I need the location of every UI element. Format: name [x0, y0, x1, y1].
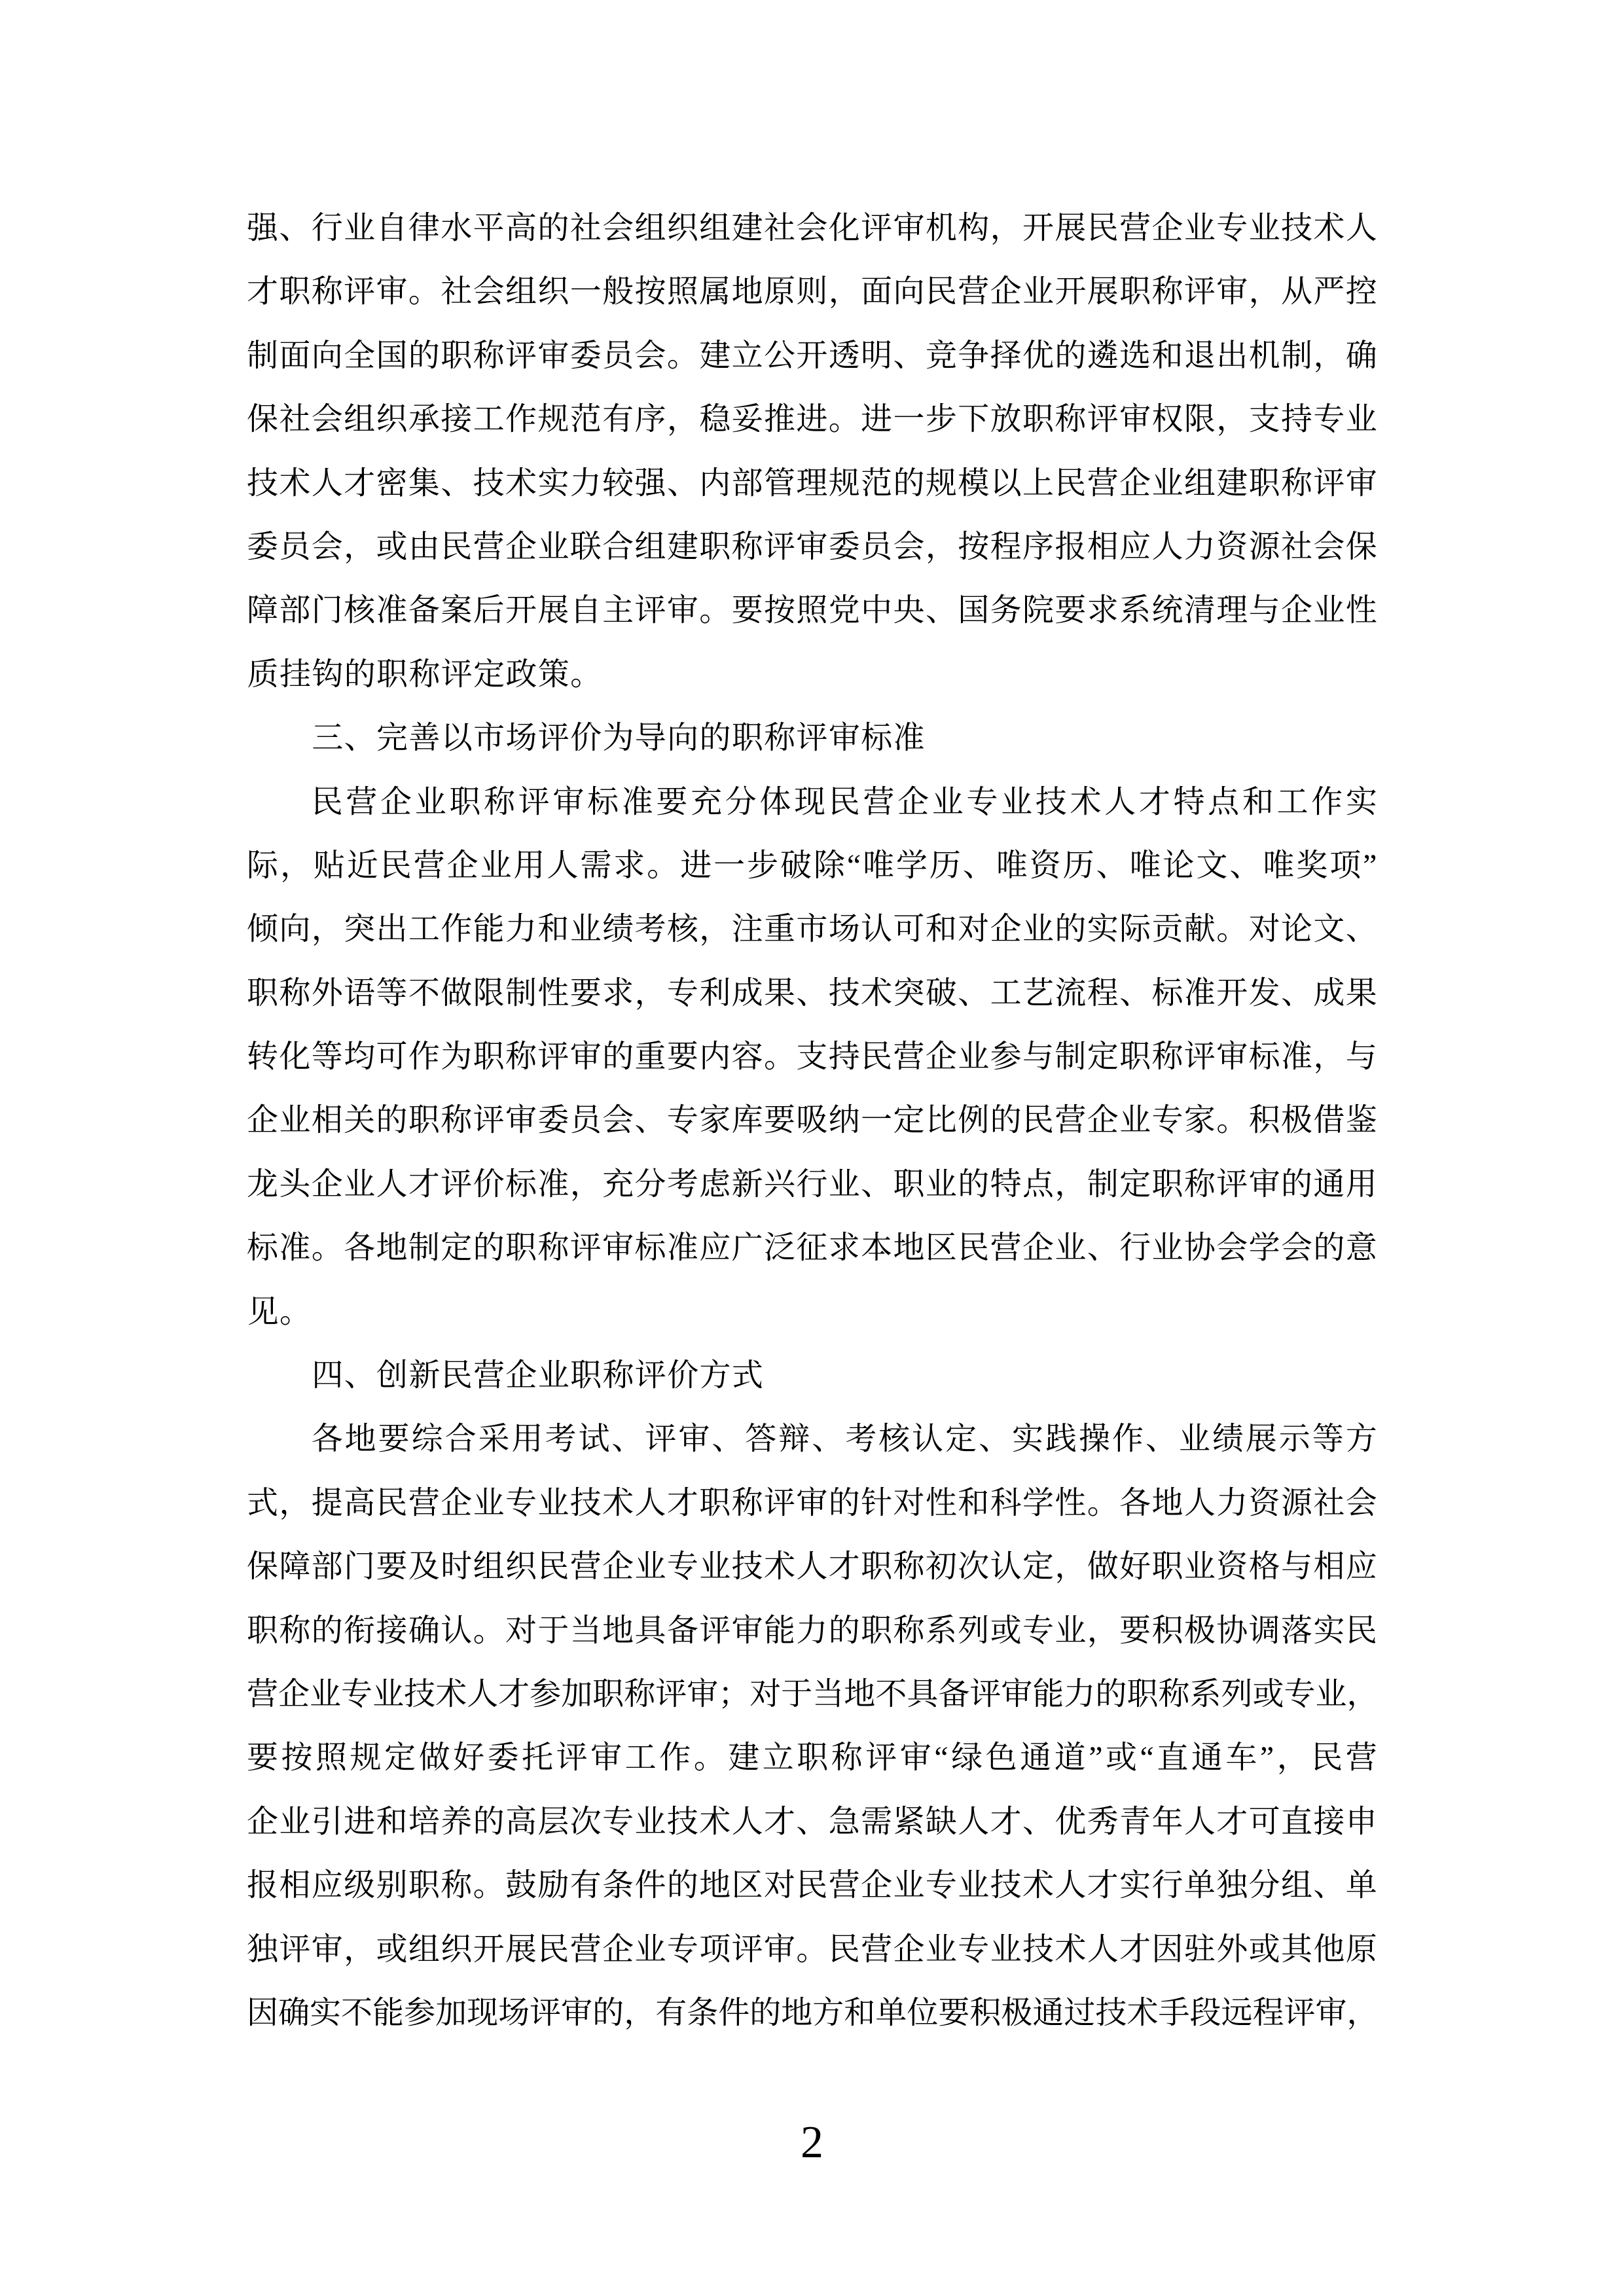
text-line: 式，提高民营企业专业技术人才职称评审的针对性和科学性。各地人力资源社会: [247, 1471, 1377, 1535]
text-line: 委员会，或由民营企业联合组建职称评审委员会，按程序报相应人力资源社会保: [247, 515, 1377, 579]
text-line: 因确实不能参加现场评审的，有条件的地方和单位要积极通过技术手段远程评审，: [247, 1981, 1377, 2045]
text-line: 保社会组织承接工作规范有序，稳妥推进。进一步下放职称评审权限，支持专业: [247, 387, 1377, 451]
text-line: 障部门核准备案后开展自主评审。要按照党中央、国务院要求系统清理与企业性: [247, 579, 1377, 642]
text-block: 强、行业自律水平高的社会组织组建社会化评审机构，开展民营企业专业技术人才职称评审…: [247, 196, 1377, 2045]
text-line: 职称的衔接确认。对于当地具备评审能力的职称系列或专业，要积极协调落实民: [247, 1599, 1377, 1662]
text-line: 见。: [247, 1280, 1377, 1344]
text-line: 际，贴近民营企业用人需求。进一步破除“唯学历、唯资历、唯论文、唯奖项”: [247, 834, 1377, 897]
page-footer: 2: [247, 2113, 1377, 2173]
text-line: 强、行业自律水平高的社会组织组建社会化评审机构，开展民营企业专业技术人: [247, 196, 1377, 260]
document-page: 强、行业自律水平高的社会组织组建社会化评审机构，开展民营企业专业技术人才职称评审…: [0, 0, 1624, 2296]
text-line: 倾向，突出工作能力和业绩考核，注重市场认可和对企业的实际贡献。对论文、: [247, 897, 1377, 961]
text-line: 龙头企业人才评价标准，充分考虑新兴行业、职业的特点，制定职称评审的通用: [247, 1153, 1377, 1216]
section-heading: 四、创新民营企业职称评价方式: [247, 1344, 1377, 1407]
text-line: 民营企业职称评审标准要充分体现民营企业专业技术人才特点和工作实: [247, 770, 1377, 834]
text-line: 报相应级别职称。鼓励有条件的地区对民营企业专业技术人才实行单独分组、单: [247, 1854, 1377, 1917]
text-line: 转化等均可作为职称评审的重要内容。支持民营企业参与制定职称评审标准，与: [247, 1025, 1377, 1088]
text-line: 制面向全国的职称评审委员会。建立公开透明、竞争择优的遴选和退出机制，确: [247, 324, 1377, 387]
text-line: 才职称评审。社会组织一般按照属地原则，面向民营企业开展职称评审，从严控: [247, 260, 1377, 323]
text-line: 职称外语等不做限制性要求，专利成果、技术突破、工艺流程、标准开发、成果: [247, 961, 1377, 1025]
text-line: 技术人才密集、技术实力较强、内部管理规范的规模以上民营企业组建职称评审: [247, 452, 1377, 515]
text-line: 独评审，或组织开展民营企业专项评审。民营企业专业技术人才因驻外或其他原: [247, 1918, 1377, 1981]
text-line: 各地要综合采用考试、评审、答辩、考核认定、实践操作、业绩展示等方: [247, 1407, 1377, 1471]
page-number: 2: [801, 2120, 823, 2166]
section-heading: 三、完善以市场评价为导向的职称评审标准: [247, 706, 1377, 770]
text-line: 企业引进和培养的高层次专业技术人才、急需紧缺人才、优秀青年人才可直接申: [247, 1790, 1377, 1854]
text-line: 要按照规定做好委托评审工作。建立职称评审“绿色通道”或“直通车”，民营: [247, 1726, 1377, 1789]
text-line: 保障部门要及时组织民营企业专业技术人才职称初次认定，做好职业资格与相应: [247, 1535, 1377, 1598]
text-line: 质挂钩的职称评定政策。: [247, 643, 1377, 706]
text-line: 标准。各地制定的职称评审标准应广泛征求本地区民营企业、行业协会学会的意: [247, 1216, 1377, 1280]
text-line: 营企业专业技术人才参加职称评审；对于当地不具备评审能力的职称系列或专业，: [247, 1662, 1377, 1726]
text-line: 企业相关的职称评审委员会、专家库要吸纳一定比例的民营企业专家。积极借鉴: [247, 1088, 1377, 1152]
